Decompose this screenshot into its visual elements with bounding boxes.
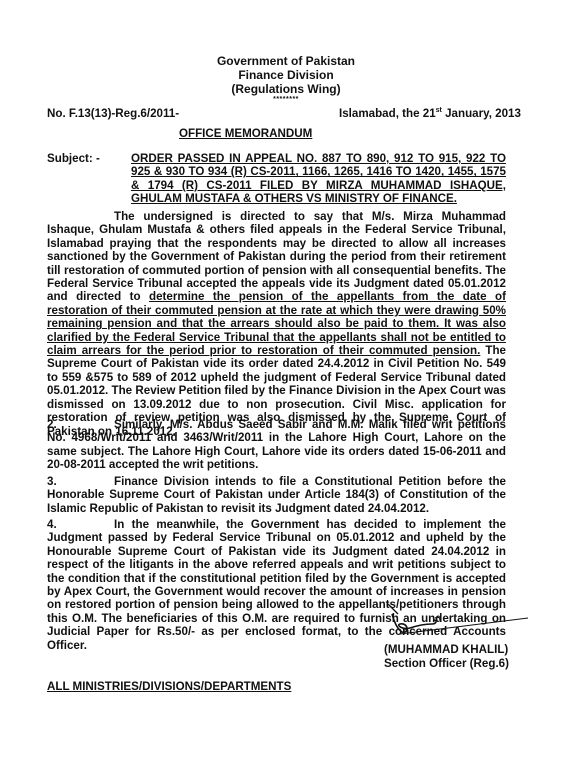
paragraph-4-number: 4. <box>47 518 114 531</box>
paragraph-1: The undersigned is directed to say that … <box>47 210 506 438</box>
signatory-designation: Section Officer (Reg.6) <box>384 657 509 671</box>
letterhead-separator: ******** <box>0 96 572 104</box>
signatory-name: (MUHAMMAD KHALIL) <box>384 643 508 657</box>
subject-text: ORDER PASSED IN APPEAL NO. 887 TO 890, 9… <box>131 152 506 206</box>
paragraph-2-text: Similarly, M/s. Abdus Saeed Sabir and M.… <box>47 418 506 471</box>
place-date-main: Islamabad, the 21 <box>339 107 436 120</box>
letterhead-government: Government of Pakistan <box>0 54 572 68</box>
place-date: Islamabad, the 21st January, 2013 <box>339 107 521 120</box>
memo-title: OFFICE MEMORANDUM <box>179 127 312 140</box>
distribution-list: ALL MINISTRIES/DIVISIONS/DEPARTMENTS <box>47 680 291 693</box>
signature-scribble-icon <box>380 600 530 642</box>
paragraph-2: 2.Similarly, M/s. Abdus Saeed Sabir and … <box>47 418 506 472</box>
reference-number: No. F.13(13)-Reg.6/2011- <box>47 107 179 120</box>
paragraph-1-intro: The undersigned is directed to say that … <box>47 210 506 303</box>
subject-label: Subject: - <box>47 152 100 165</box>
place-date-rest: January, 2013 <box>442 107 521 120</box>
paragraph-3-number: 3. <box>47 475 114 488</box>
letterhead-wing: (Regulations Wing) <box>0 82 572 96</box>
paragraph-3: 3.Finance Division intends to file a Con… <box>47 475 506 515</box>
letterhead-division: Finance Division <box>0 68 572 82</box>
paragraph-3-text: Finance Division intends to file a Const… <box>47 475 506 515</box>
paragraph-2-number: 2. <box>47 418 114 431</box>
